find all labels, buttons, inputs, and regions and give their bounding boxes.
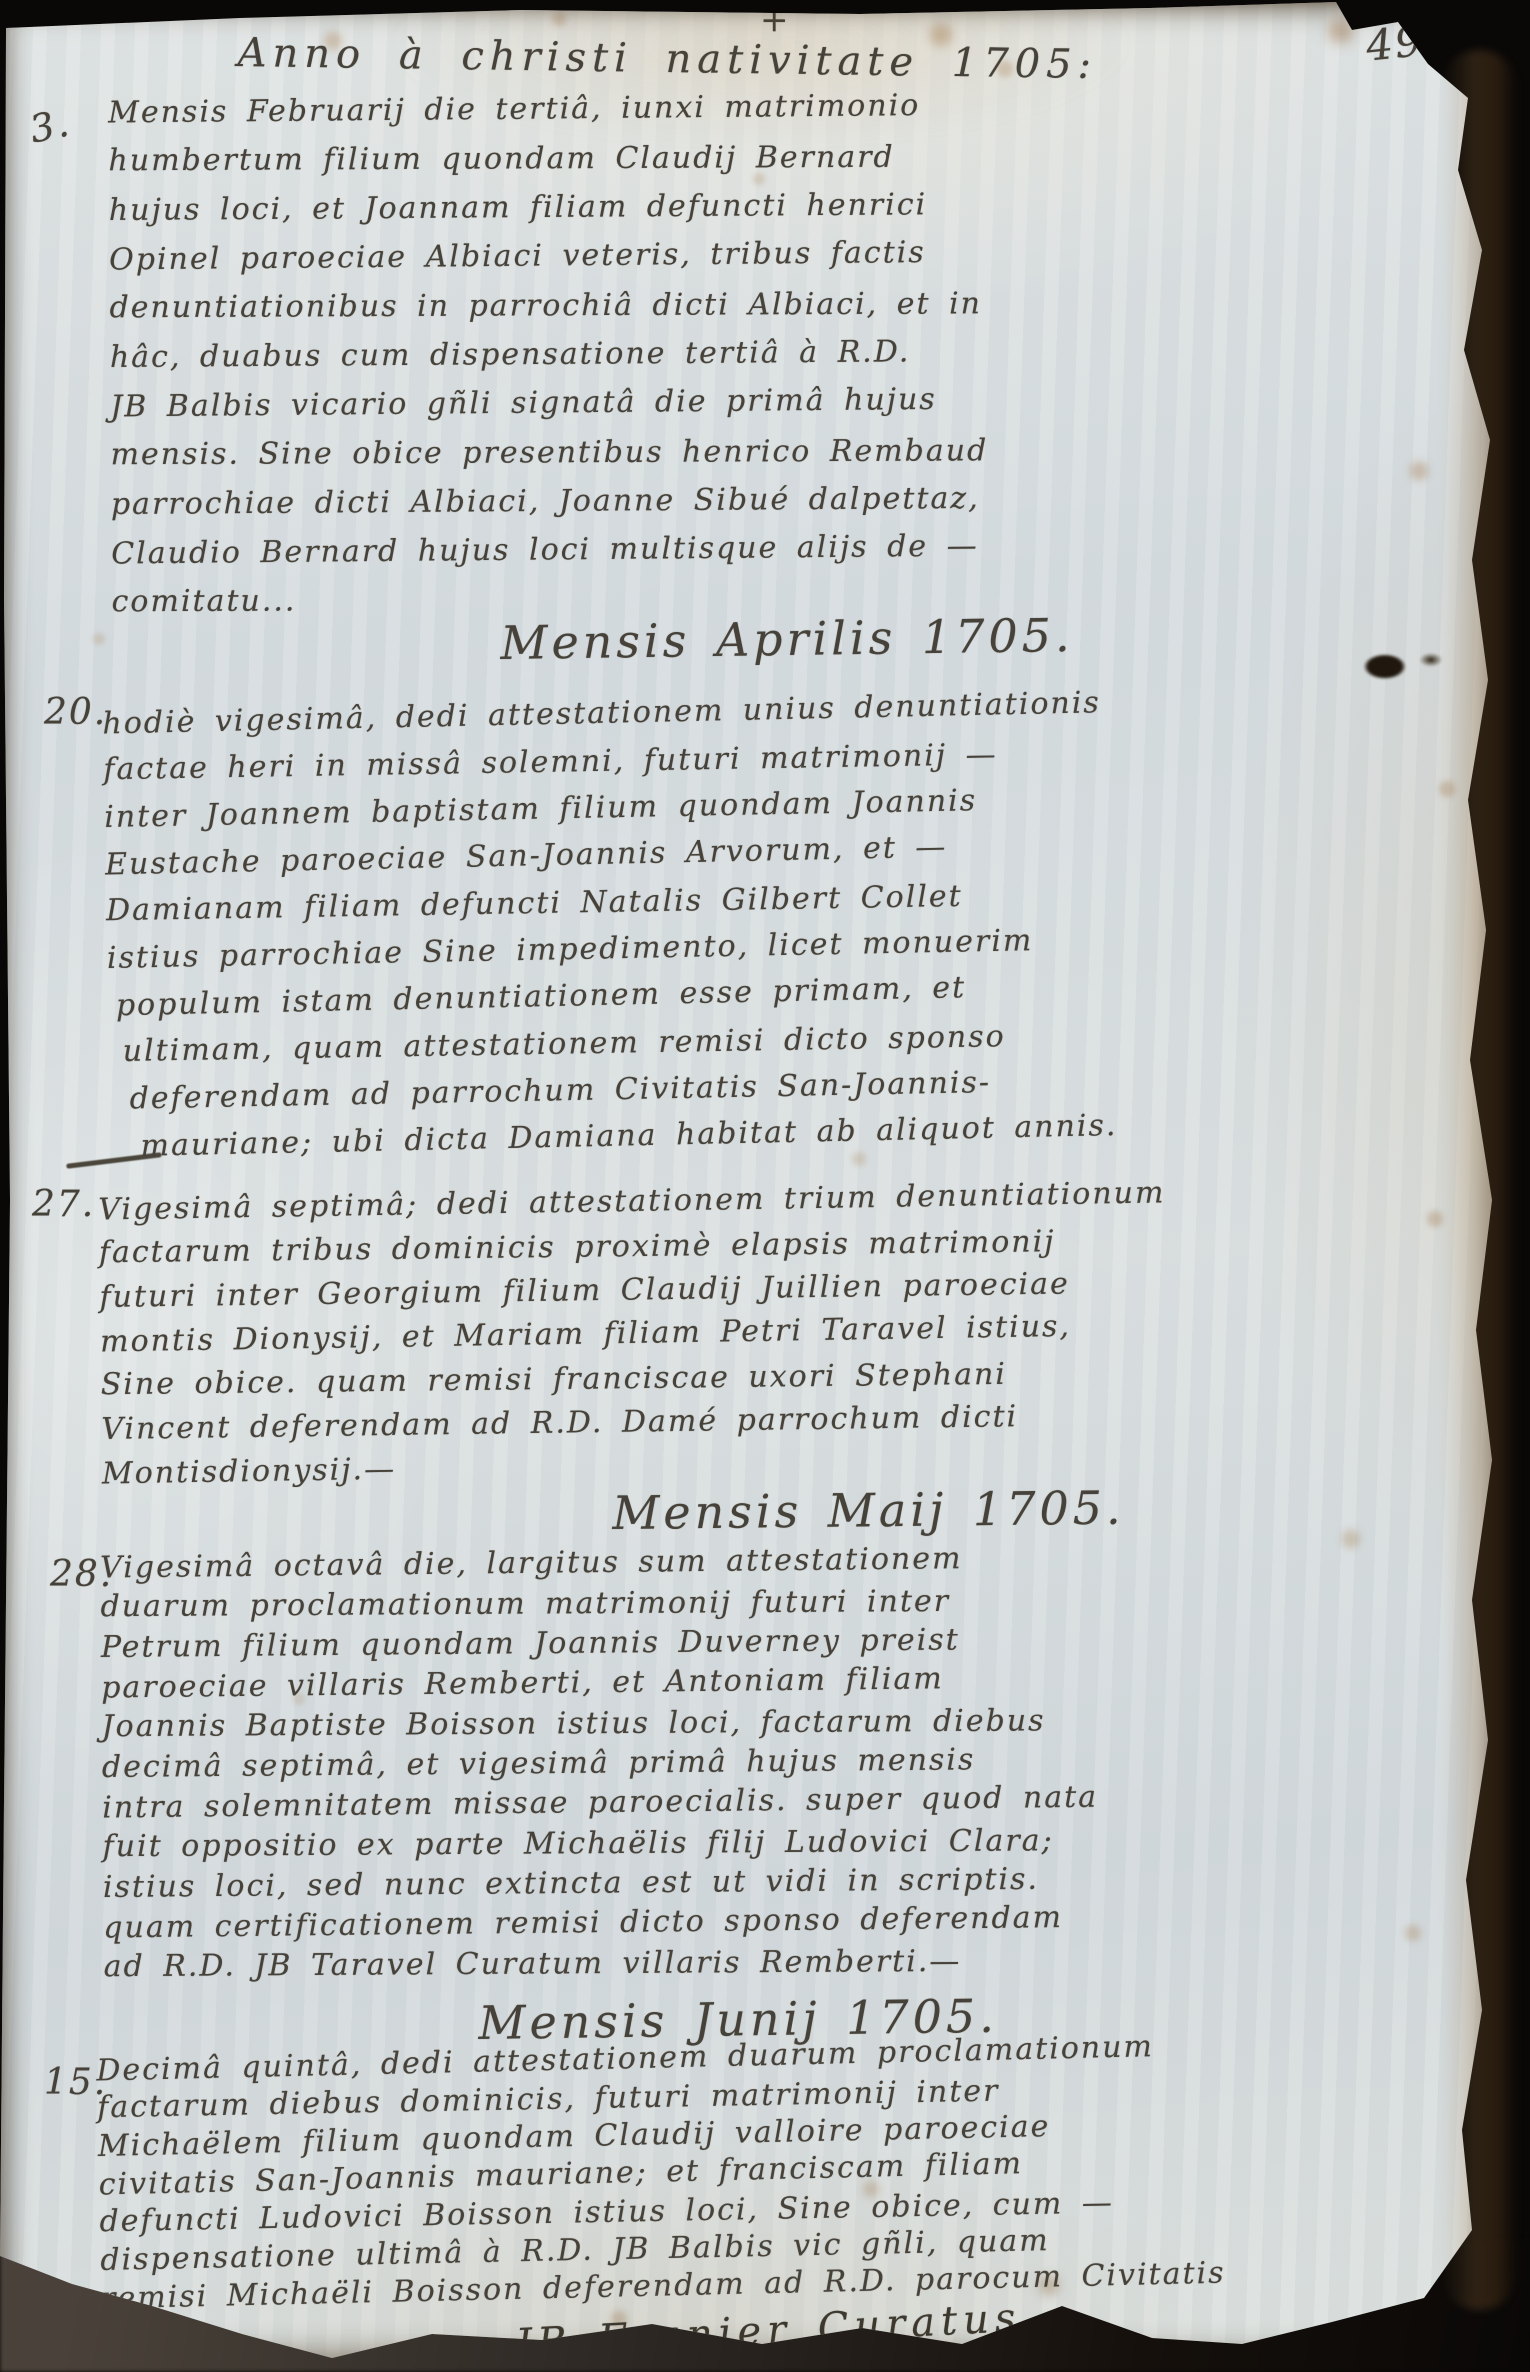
record-day-number: 20. <box>44 692 107 733</box>
record-text: Mensis Februarij die tertiâ, iunxi matri… <box>108 78 1512 627</box>
manuscript-line: denuntiationibus in parrochiâ dicti Albi… <box>109 277 1509 332</box>
record-text: hodiè vigesimâ, dedi attestationem unius… <box>102 673 1521 1170</box>
record-text: Decimâ quintâ, dedi attestationem duarum… <box>96 2022 1521 2318</box>
manuscript-line: humbertum filium quondam Claudij Bernard <box>108 130 1508 185</box>
record-day-number: 3. <box>26 100 75 151</box>
record-day-number: 27. <box>32 1184 95 1225</box>
manuscript-line: Mensis Februarij die tertiâ, iunxi matri… <box>108 76 1508 138</box>
manuscript-line: ad R.D. JB Taravel Curatum villaris Remb… <box>104 1938 1512 1987</box>
manuscript-page: + Anno à christi nativitate 1705: 49. 3.… <box>0 0 1530 2372</box>
record-text: Vigesimâ septimâ; dedi attestationem tri… <box>98 1168 1514 1496</box>
month-heading-may: Mensis Maij 1705. <box>612 1481 1125 1540</box>
month-heading-april: Mensis Aprilis 1705. <box>500 608 1074 670</box>
cross-mark: + <box>760 0 789 40</box>
manuscript-line: mensis. Sine obice presentibus henrico R… <box>110 424 1510 479</box>
scanned-register-page: + Anno à christi nativitate 1705: 49. 3.… <box>0 0 1530 2372</box>
foxing-spots <box>0 0 6 6</box>
page-number: 49. <box>1364 14 1442 70</box>
record-text: Vigesimâ octavâ die, largitus sum attest… <box>100 1536 1512 1988</box>
